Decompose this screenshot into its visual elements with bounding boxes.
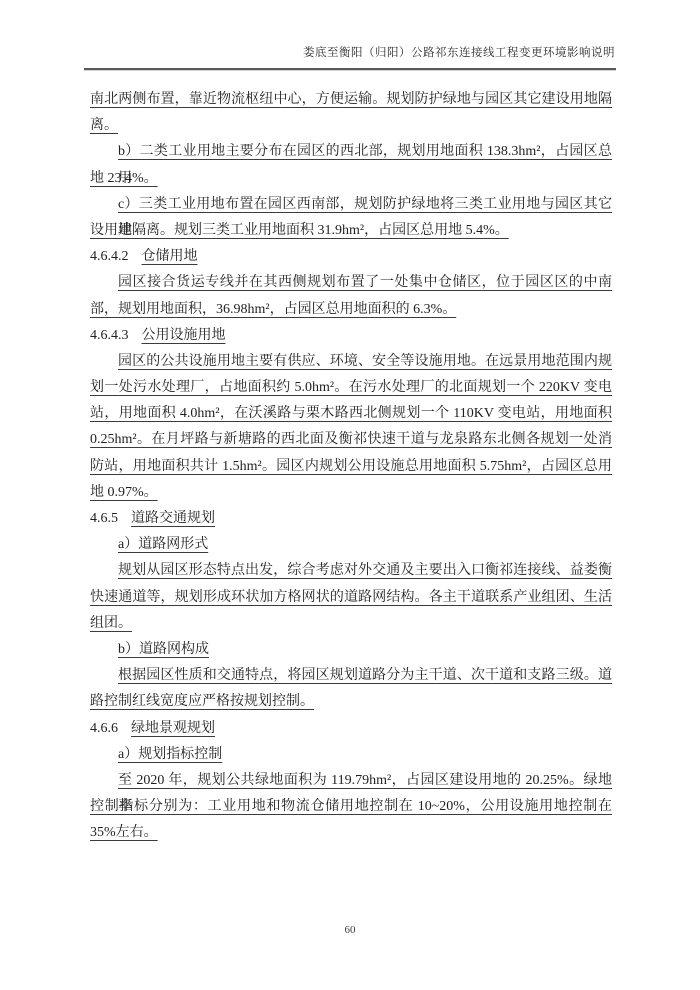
line-text: 根据园区性质和交通特点，将园区规划道路分为主干道、次干道和支路三级。道	[118, 668, 612, 683]
section-title: 仓储用地	[142, 249, 198, 264]
line-text: 地 0.97%。	[90, 485, 158, 500]
section-heading: 4.6.5道路交通规划	[90, 506, 612, 532]
paragraph-line: 站，用地面积 4.0hm²，在沃溪路与栗木路西北侧规划一个 110KV 变电站，…	[90, 401, 612, 427]
line-text: a）规划指标控制	[118, 747, 222, 762]
line-text: 园区的公共设施用地主要有供应、环境、安全等设施用地。在远景用地范围内规	[118, 354, 612, 369]
paragraph-line: 南北两侧布置，靠近物流枢纽中心，方便运输。规划防护绿地与园区其它建设用地隔	[90, 87, 612, 113]
subsection-label: a）道路网形式	[90, 532, 612, 558]
section-title: 绿地景观规划	[131, 721, 215, 736]
section-heading: 4.6.4.3公用设施用地	[90, 323, 612, 349]
line-text: 0.25hm²。在月坪路与新塘路的西北面及衡祁快速干道与龙泉路东北侧各规划一处消	[90, 432, 612, 447]
paragraph-line: b）二类工业用地主要分布在园区的西北部，规划用地面积 138.3hm²，占园区总…	[90, 139, 612, 165]
line-text: 南北两侧布置，靠近物流枢纽中心，方便运输。规划防护绿地与园区其它建设用地隔	[90, 92, 612, 107]
section-number: 4.6.6	[90, 721, 118, 736]
line-text: 设用地隔离。规划三类工业用地面积 31.9hm²，占园区总用地 5.4%。	[90, 223, 509, 238]
subsection-label: a）规划指标控制	[90, 742, 612, 768]
line-text: 防站，用地面积共计 1.5hm²。园区内规划公用设施总用地面积 5.75hm²，…	[90, 459, 612, 474]
paragraph-line: 路控制红线宽度应严格按规划控制。	[90, 689, 612, 715]
document-body: 南北两侧布置，靠近物流枢纽中心，方便运输。规划防护绿地与园区其它建设用地隔离。b…	[90, 87, 612, 846]
paragraph-line: 35%左右。	[90, 820, 612, 846]
line-text: 部，规划用地面积，36.98hm²，占园区总用地面积的 6.3%。	[90, 302, 456, 317]
section-heading: 4.6.6绿地景观规划	[90, 716, 612, 742]
paragraph-line: 至 2020 年，规划公共绿地面积为 119.79hm²，占园区建设用地的 20…	[90, 768, 612, 794]
line-text: 划一处污水处理厂，占地面积约 5.0hm²。在污水处理厂的北面规划一个 220K…	[90, 380, 612, 395]
page-number: 60	[85, 924, 615, 936]
section-number: 4.6.4.2	[90, 249, 129, 264]
line-text: 35%左右。	[90, 825, 158, 840]
line-text: 站，用地面积 4.0hm²，在沃溪路与栗木路西北侧规划一个 110KV 变电站，…	[90, 406, 612, 421]
line-text: 规划从园区形态特点出发，综合考虑对外交通及主要出入口衡祁连接线、益娄衡	[118, 563, 612, 578]
paragraph-line: 快速通道等，规划形成环状加方格网状的道路网结构。各主干道联系产业组团、生活	[90, 585, 612, 611]
line-text: 控制指标分别为：工业用地和物流仓储用地控制在 10~20%，公用设施用地控制在	[90, 799, 612, 814]
paragraph-line: 0.25hm²。在月坪路与新塘路的西北面及衡祁快速干道与龙泉路东北侧各规划一处消	[90, 427, 612, 453]
section-title: 公用设施用地	[142, 328, 226, 343]
line-text: 路控制红线宽度应严格按规划控制。	[90, 694, 314, 709]
paragraph-line: 部，规划用地面积，36.98hm²，占园区总用地面积的 6.3%。	[90, 297, 612, 323]
line-text: a）道路网形式	[118, 537, 208, 552]
paragraph-line: 园区的公共设施用地主要有供应、环境、安全等设施用地。在远景用地范围内规	[90, 349, 612, 375]
paragraph-line: 防站，用地面积共计 1.5hm²。园区内规划公用设施总用地面积 5.75hm²，…	[90, 454, 612, 480]
line-text: 地 23.4%。	[90, 171, 158, 186]
line-text: 快速通道等，规划形成环状加方格网状的道路网结构。各主干道联系产业组团、生活	[90, 590, 612, 605]
document-page: 娄底至衡阳（归阳）公路祁东连接线工程变更环境影响说明 南北两侧布置，靠近物流枢纽…	[0, 0, 700, 990]
line-text: b）道路网构成	[118, 642, 209, 657]
paragraph-line: 地 23.4%。	[90, 166, 612, 192]
paragraph-line: 控制指标分别为：工业用地和物流仓储用地控制在 10~20%，公用设施用地控制在	[90, 794, 612, 820]
paragraph-line: c）三类工业用地布置在园区西南部，规划防护绿地将三类工业用地与园区其它建	[90, 192, 612, 218]
section-title: 道路交通规划	[131, 511, 215, 526]
paragraph-line: 离。	[90, 113, 612, 139]
line-text: 园区接合货运专线并在其西侧规划布置了一处集中仓储区，位于园区区的中南	[118, 275, 612, 290]
subsection-label: b）道路网构成	[90, 637, 612, 663]
paragraph-line: 划一处污水处理厂，占地面积约 5.0hm²。在污水处理厂的北面规划一个 220K…	[90, 375, 612, 401]
paragraph-line: 设用地隔离。规划三类工业用地面积 31.9hm²，占园区总用地 5.4%。	[90, 218, 612, 244]
header-divider	[84, 68, 616, 71]
paragraph-line: 园区接合货运专线并在其西侧规划布置了一处集中仓储区，位于园区区的中南	[90, 270, 612, 296]
section-heading: 4.6.4.2仓储用地	[90, 244, 612, 270]
paragraph-line: 规划从园区形态特点出发，综合考虑对外交通及主要出入口衡祁连接线、益娄衡	[90, 558, 612, 584]
line-text: 离。	[90, 118, 118, 133]
paragraph-line: 根据园区性质和交通特点，将园区规划道路分为主干道、次干道和支路三级。道	[90, 663, 612, 689]
section-number: 4.6.5	[90, 511, 118, 526]
paragraph-line: 地 0.97%。	[90, 480, 612, 506]
paragraph-line: 组团。	[90, 611, 612, 637]
page-header-title: 娄底至衡阳（归阳）公路祁东连接线工程变更环境影响说明	[85, 44, 615, 60]
line-text: 组团。	[90, 616, 132, 631]
section-number: 4.6.4.3	[90, 328, 129, 343]
